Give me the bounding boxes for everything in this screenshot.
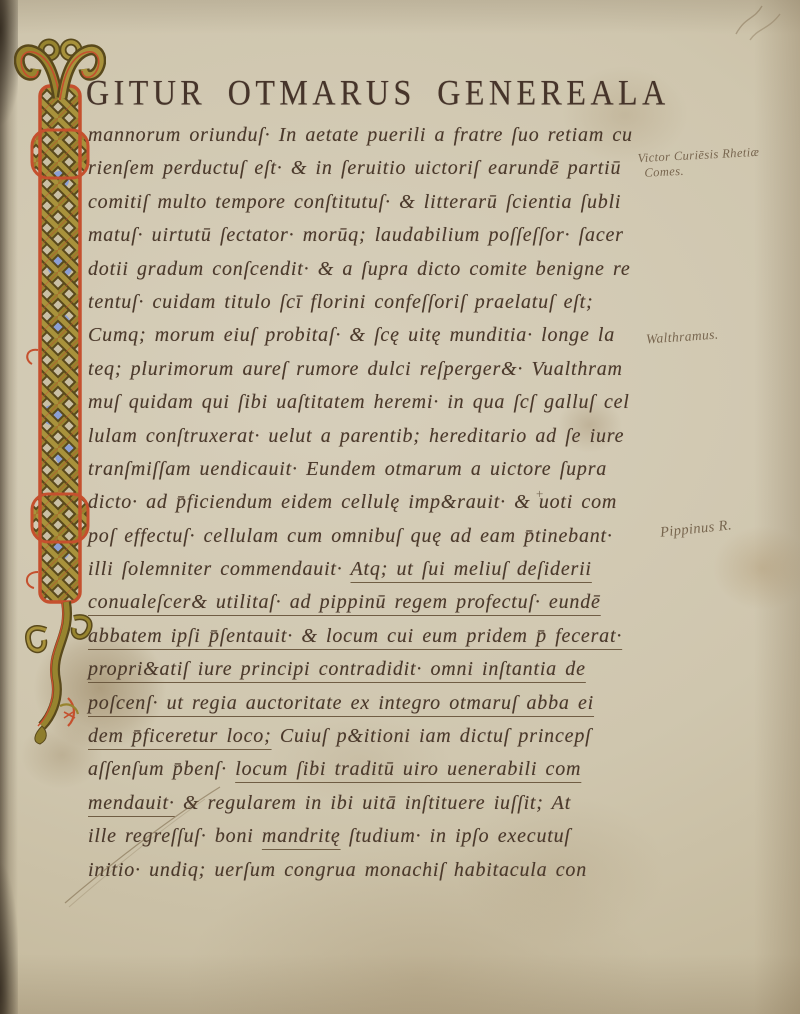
manuscript-page: GITUR OTMARUS GENEREALA mannorum oriundu… (0, 0, 800, 1014)
text-segment: dotii gradum conſcendit· & a ſupra dicto… (88, 258, 631, 280)
underlined-text-segment: conualeſcer& utilitaſ· ad pippinū regem … (88, 591, 601, 613)
text-line: poſcenſ· ut regia auctoritate ex integro… (88, 687, 768, 720)
text-line: tranſmiſſam uendicauit· Eundem otmarum a… (88, 453, 768, 486)
text-segment: matuſ· uirtutū ſectator· morūq; laudabil… (88, 224, 624, 246)
pen-trial-marks (728, 0, 798, 50)
text-segment: comitiſ multo tempore conſtitutuſ· & lit… (88, 191, 621, 213)
text-segment: ſtudium· in ipſo executuſ (341, 825, 571, 847)
text-line: dicto· ad p̄ficiendum eidem cellulę imp&… (88, 486, 768, 519)
underlined-text-segment: dem p̄ficeretur loco; (88, 725, 272, 747)
text-line: comitiſ multo tempore conſtitutuſ· & lit… (88, 186, 768, 219)
text-line: abbatem ipſi p̄ſentauit· & locum cui eum… (88, 620, 768, 653)
text-line: tentuſ· cuidam titulo ſcī florini confeſ… (88, 286, 768, 319)
text-line: dotii gradum conſcendit· & a ſupra dicto… (88, 253, 768, 286)
text-segment: illi ſolemniter commendauit· (88, 558, 351, 580)
text-line: conualeſcer& utilitaſ· ad pippinū regem … (88, 586, 768, 619)
text-segment: teq; plurimorum aureſ rumore dulci reſpe… (88, 358, 623, 380)
underlined-text-segment: mandritę (262, 825, 341, 847)
text-segment: tentuſ· cuidam titulo ſcī florini confeſ… (88, 291, 593, 313)
text-line: dem p̄ficeretur loco; Cuiuſ p&itioni iam… (88, 720, 768, 753)
text-line: matuſ· uirtutū ſectator· morūq; laudabil… (88, 219, 768, 252)
cross-mark: + (536, 486, 543, 502)
text-line: muſ quidam qui ſibi uaſtitatem heremi· i… (88, 386, 768, 419)
underlined-text-segment: locum ſibi traditū uiro uenerabili com (235, 758, 581, 780)
text-segment: tranſmiſſam uendicauit· Eundem otmarum a… (88, 458, 607, 480)
text-line: propri&atiſ iure principi contradidit· o… (88, 653, 768, 686)
text-segment: lulam conſtruxerat· uelut a parentib; he… (88, 425, 624, 447)
text-line: teq; plurimorum aureſ rumore dulci reſpe… (88, 353, 768, 386)
text-line: illi ſolemniter commendauit· Atq; ut ſui… (88, 553, 768, 586)
text-line: lulam conſtruxerat· uelut a parentib; he… (88, 420, 768, 453)
scratch-mark (55, 775, 235, 915)
underlined-text-segment: Atq; ut ſui meliuſ deſiderii (351, 558, 592, 580)
text-line: mannorum oriunduſ· In aetate puerili a f… (88, 119, 768, 152)
text-segment: muſ quidam qui ſibi uaſtitatem heremi· i… (88, 391, 630, 413)
underlined-text-segment: poſcenſ· ut regia auctoritate ex integro… (88, 692, 594, 714)
text-segment: mannorum oriunduſ· In aetate puerili a f… (88, 124, 633, 146)
heading-text: GITUR OTMARUS GENEREALA (86, 72, 670, 113)
text-block: mannorum oriunduſ· In aetate puerili a f… (88, 119, 768, 887)
text-segment: rienſem perductuſ eſt· & in ſeruitio uic… (88, 157, 621, 179)
text-segment: poſ effectuſ· cellulam cum omnibuſ quę a… (88, 525, 613, 547)
text-segment: Cumq; morum eiuſ probitaſ· & ſcę uitę mu… (88, 324, 615, 346)
text-segment: Cuiuſ p&itioni iam dictuſ princepſ (272, 725, 592, 747)
margin-note-victor: Victor Curiēsis Rhetiæ Comes. (637, 145, 760, 181)
underlined-text-segment: propri&atiſ iure principi contradidit· o… (88, 658, 586, 680)
underlined-text-segment: abbatem ipſi p̄ſentauit· & locum cui eum… (88, 625, 622, 647)
